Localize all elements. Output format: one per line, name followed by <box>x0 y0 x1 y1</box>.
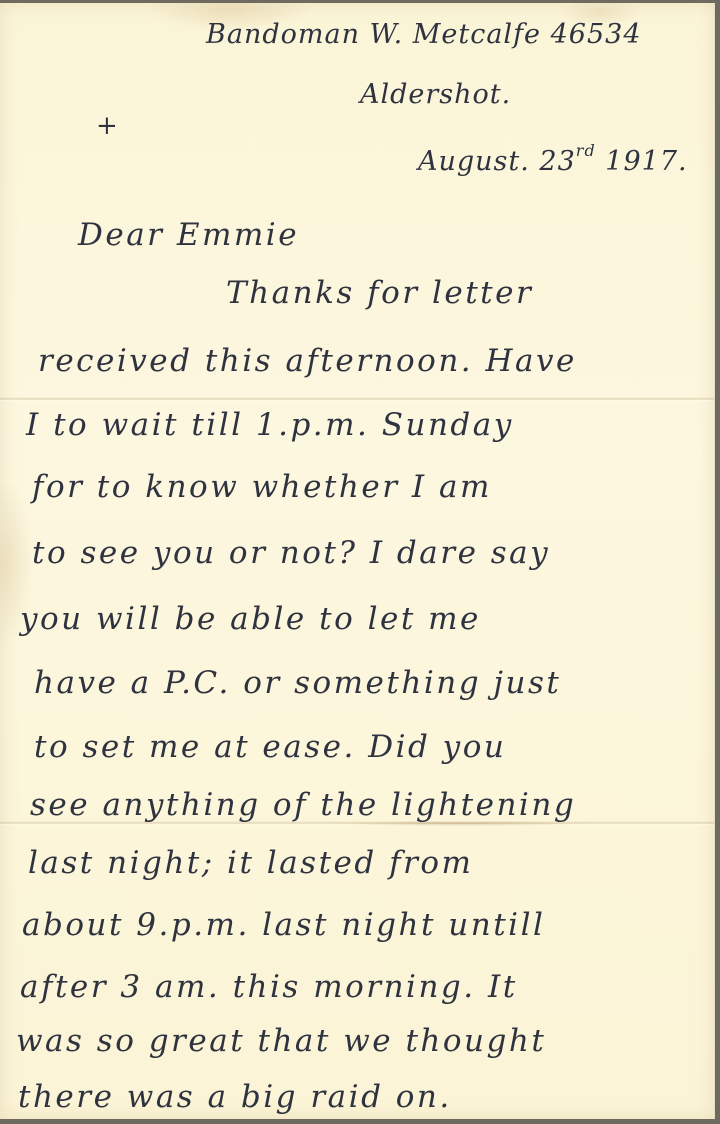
body-line: to set me at ease. Did you <box>34 729 506 765</box>
date-ordinal: rd <box>576 141 596 160</box>
body-line: last night; it lasted from <box>28 845 473 881</box>
date-year: 1917. <box>605 146 687 177</box>
letter-date: August. 23rd 1917. <box>418 141 688 177</box>
fold-crease <box>0 397 714 402</box>
sender-place: Aldershot. <box>360 79 511 110</box>
letter-page: Bandoman W. Metcalfe 46534 Aldershot. + … <box>0 3 715 1119</box>
body-line: there was a big raid on. <box>18 1079 452 1115</box>
body-line: to see you or not? I dare say <box>32 535 550 571</box>
body-line: you will be able to let me <box>20 601 481 637</box>
body-line: received this afternoon. Have <box>38 343 577 379</box>
date-day: August. 23 <box>418 146 576 177</box>
body-line: have a P.C. or something just <box>34 665 561 701</box>
body-line: I to wait till 1.p.m. Sunday <box>26 407 514 443</box>
cross-mark: + <box>96 111 119 141</box>
body-line: for to know whether I am <box>32 469 492 505</box>
body-line: was so great that we thought <box>16 1023 546 1059</box>
salutation: Dear Emmie <box>78 217 299 253</box>
sender-line: Bandoman W. Metcalfe 46534 <box>206 19 642 50</box>
body-line: about 9.p.m. last night untill <box>22 907 545 943</box>
body-line: Thanks for letter <box>226 275 533 311</box>
body-line: after 3 am. this morning. It <box>20 969 518 1005</box>
body-line: see anything of the lightening <box>30 787 576 823</box>
